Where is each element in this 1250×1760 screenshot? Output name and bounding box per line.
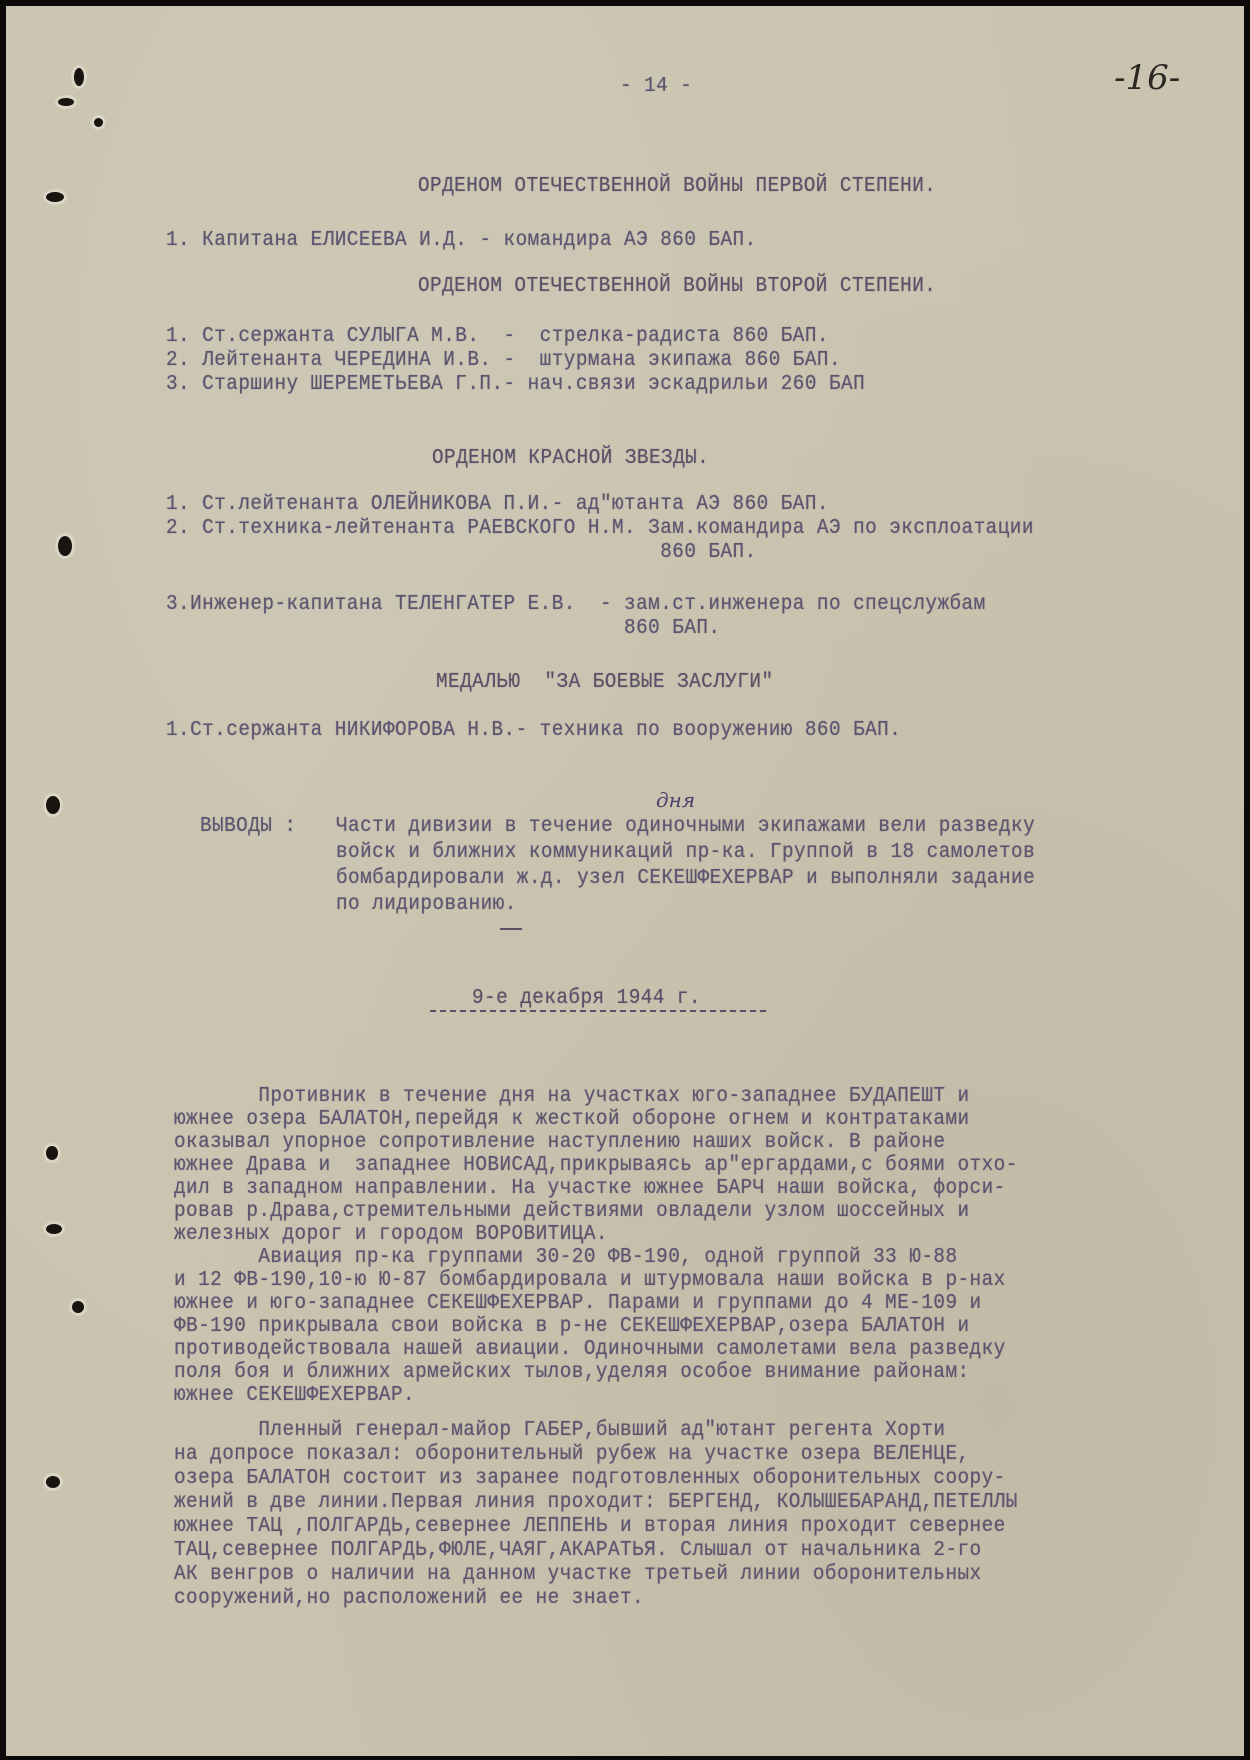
award-title: ОРДЕНОМ ОТЕЧЕСТВЕННОЙ ВОЙНЫ ПЕРВОЙ СТЕПЕ… bbox=[418, 174, 936, 199]
report-line: жений в две линии.Первая линия проходит:… bbox=[174, 1490, 1018, 1515]
binder-hole bbox=[74, 68, 84, 86]
report-line: ТАЦ,севернее ПОЛГАРДЬ,ФЮЛЕ,ЧАЯГ,АКАРАТЬЯ… bbox=[174, 1538, 982, 1563]
conclusions-line: бомбардировали ж.д. узел СЕКЕШФЕХЕРВАР и… bbox=[336, 866, 1035, 891]
conclusions-line: войск и ближних коммуникаций пр-ка. Груп… bbox=[336, 840, 1035, 865]
archive-page-number: -16- bbox=[1114, 58, 1180, 98]
award-title: МЕДАЛЬЮ "ЗА БОЕВЫЕ ЗАСЛУГИ" bbox=[436, 670, 774, 695]
award-item: 2. Ст.техника-лейтенанта РАЕВСКОГО Н.М. … bbox=[166, 516, 1034, 541]
binder-hole bbox=[58, 536, 72, 556]
binder-hole bbox=[46, 192, 64, 202]
date-heading: 9-е декабря 1944 г. bbox=[472, 986, 701, 1011]
separator bbox=[500, 928, 522, 930]
report-line: южнее Драва и западнее НОВИСАД,прикрывая… bbox=[174, 1153, 1018, 1178]
award-title: ОРДЕНОМ ОТЕЧЕСТВЕННОЙ ВОЙНЫ ВТОРОЙ СТЕПЕ… bbox=[418, 274, 936, 299]
award-item: 3.Инженер-капитана ТЕЛЕНГАТЕР Е.В. - зам… bbox=[166, 592, 986, 617]
conclusions-line: по лидированию. bbox=[336, 892, 517, 917]
binder-hole bbox=[46, 796, 60, 814]
binder-hole bbox=[46, 1476, 60, 1488]
report-line: противодействовала нашей авиации. Одиноч… bbox=[174, 1337, 1006, 1362]
report-line: южнее ТАЦ ,ПОЛГАРДЬ,севернее ЛЕППЕНЬ и в… bbox=[174, 1514, 1006, 1539]
report-line: Противник в течение дня на участках юго-… bbox=[174, 1084, 970, 1109]
award-title: ОРДЕНОМ КРАСНОЙ ЗВЕЗДЫ. bbox=[432, 446, 709, 471]
date-underline bbox=[430, 1010, 766, 1012]
award-item: 860 БАП. bbox=[166, 540, 757, 565]
report-line: южнее озера БАЛАТОН,перейдя к жесткой об… bbox=[174, 1107, 970, 1132]
binder-hole bbox=[46, 1146, 58, 1160]
award-item: 1. Ст.лейтенанта ОЛЕЙНИКОВА П.И.- ад"юта… bbox=[166, 492, 829, 517]
document-page: - 14 - -16- ОРДЕНОМ ОТЕЧЕСТВЕННОЙ ВОЙНЫ … bbox=[6, 6, 1244, 1756]
report-line: оказывал упорное сопротивление наступлен… bbox=[174, 1130, 945, 1155]
binder-hole bbox=[46, 1224, 62, 1234]
report-line: Пленный генерал-майор ГАБЕР,бывший ад"ют… bbox=[174, 1418, 945, 1443]
binder-hole bbox=[94, 118, 103, 127]
report-line: южнее и юго-западнее СЕКЕШФЕХЕРВАР. Пара… bbox=[174, 1291, 982, 1316]
award-item: 3. Старшину ШЕРЕМЕТЬЕВА Г.П.- нач.связи … bbox=[166, 372, 865, 397]
award-item: 860 БАП. bbox=[166, 616, 720, 641]
report-line: сооружений,но расположений ее не знает. bbox=[174, 1586, 644, 1611]
handwritten-insert: дня bbox=[656, 788, 695, 812]
report-line: южнее СЕКЕШФЕХЕРВАР. bbox=[174, 1383, 415, 1408]
report-line: ровав р.Драва,стремительными действиями … bbox=[174, 1199, 970, 1224]
report-line: на допросе показал: оборонительный рубеж… bbox=[174, 1442, 970, 1467]
award-item: 1. Ст.сержанта СУЛЫГА М.В. - стрелка-рад… bbox=[166, 324, 829, 349]
report-line: дил в западном направлении. На участке ю… bbox=[174, 1176, 1006, 1201]
report-line: железных дорог и городом ВОРОВИТИЦА. bbox=[174, 1222, 608, 1247]
award-item: 1.Ст.сержанта НИКИФОРОВА Н.В.- техника п… bbox=[166, 718, 901, 743]
binder-hole bbox=[72, 1301, 84, 1313]
award-item: 1. Капитана ЕЛИСЕЕВА И.Д. - командира АЭ… bbox=[166, 228, 757, 253]
report-line: ФВ-190 прикрывала свои войска в р-не СЕК… bbox=[174, 1314, 970, 1339]
report-line: Авиация пр-ка группами 30-20 ФВ-190, одн… bbox=[174, 1245, 958, 1270]
report-line: поля боя и ближних армейских тылов,уделя… bbox=[174, 1360, 970, 1385]
award-item: 2. Лейтенанта ЧЕРЕДИНА И.В. - штурмана э… bbox=[166, 348, 841, 373]
report-line: озера БАЛАТОН состоит из заранее подгото… bbox=[174, 1466, 1006, 1491]
binder-hole bbox=[58, 98, 74, 106]
conclusions-line: Части дивизии в течение одиночными экипа… bbox=[336, 814, 1035, 839]
conclusions-label: ВЫВОДЫ : bbox=[200, 814, 296, 839]
page-number: - 14 - bbox=[620, 74, 692, 99]
report-line: АК венгров о наличии на данном участке т… bbox=[174, 1562, 982, 1587]
report-line: и 12 ФВ-190,10-ю Ю-87 бомбардировала и ш… bbox=[174, 1268, 1006, 1293]
